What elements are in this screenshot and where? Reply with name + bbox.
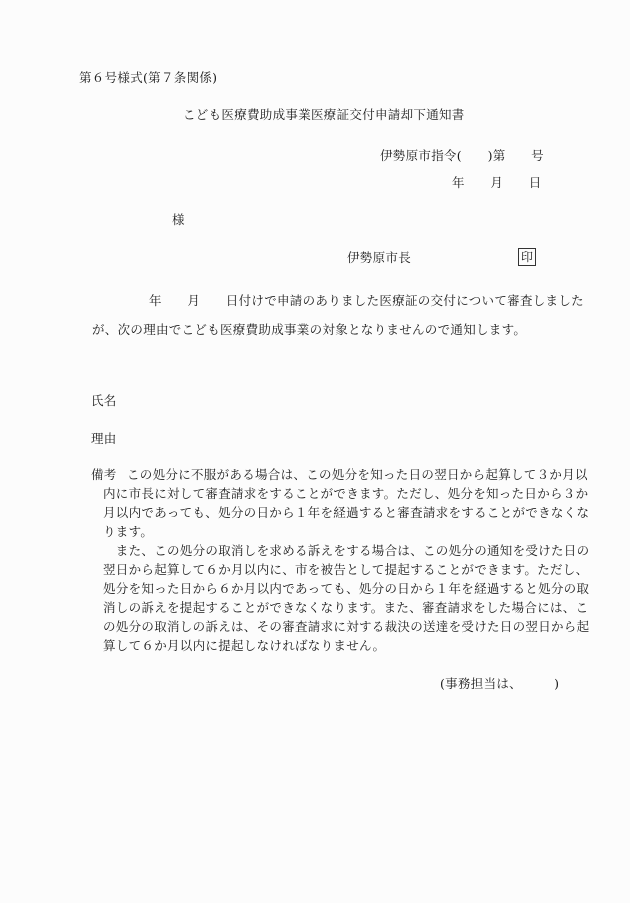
remarks-line: 処分を知った日から６か月以内であっても、処分の日から１年を経過すると処分の取 bbox=[103, 581, 589, 597]
directive-number: 伊勢原市指令( )第 号 bbox=[380, 148, 544, 164]
remarks-line: 消しの訴えを提起することができなくなります。また、審査請求をした場合には、こ bbox=[103, 600, 588, 616]
contact-person: (事務担当は、 ) bbox=[440, 676, 559, 692]
issuer-name: 伊勢原市長 bbox=[347, 250, 411, 266]
name-field-label: 氏名 bbox=[91, 393, 117, 409]
document-page: 第６号様式(第７条関係) こども医療費助成事業医療証交付申請却下通知書 伊勢原市… bbox=[0, 0, 630, 903]
body-text-line-2: が、次の理由でこども医療費助成事業の対象となりませんので通知します。 bbox=[92, 322, 526, 338]
remarks-line: の処分の取消しの訴えは、その審査請求に対する裁決の送達を受けた日の翌日から起 bbox=[103, 619, 589, 635]
remarks-line: この処分に不服がある場合は、この処分を知った日の翌日から起算して３か月以 bbox=[127, 467, 588, 483]
remarks-line: ります。 bbox=[103, 524, 153, 540]
reason-field-label: 理由 bbox=[91, 431, 117, 447]
remarks-line: 算して６か月以内に提起しなければなりません。 bbox=[103, 638, 385, 654]
addressee-honorific: 様 bbox=[172, 212, 185, 228]
issue-date: 年 月 日 bbox=[452, 175, 542, 191]
remarks-line: また、この処分の取消しを求める訴えをする場合は、この処分の通知を受けた日の bbox=[103, 543, 589, 559]
remarks-label: 備考 bbox=[91, 467, 117, 483]
remarks-line: 翌日から起算して６か月以内に、市を被告として提起することができます。ただし、 bbox=[103, 562, 588, 578]
remarks-line: 内に市長に対して審査請求をすることができます。ただし、処分を知った日から３か bbox=[103, 486, 588, 502]
form-number: 第６号様式(第７条関係) bbox=[79, 70, 217, 86]
document-title: こども医療費助成事業医療証交付申請却下通知書 bbox=[183, 107, 465, 123]
seal-icon: 印 bbox=[518, 248, 536, 266]
body-text-line-1: 年 月 日付けで申請のありました医療証の交付について審査しました bbox=[149, 293, 584, 309]
remarks-line: 月以内であっても、処分の日から１年を経過すると審査請求をすることができなくな bbox=[103, 505, 589, 521]
